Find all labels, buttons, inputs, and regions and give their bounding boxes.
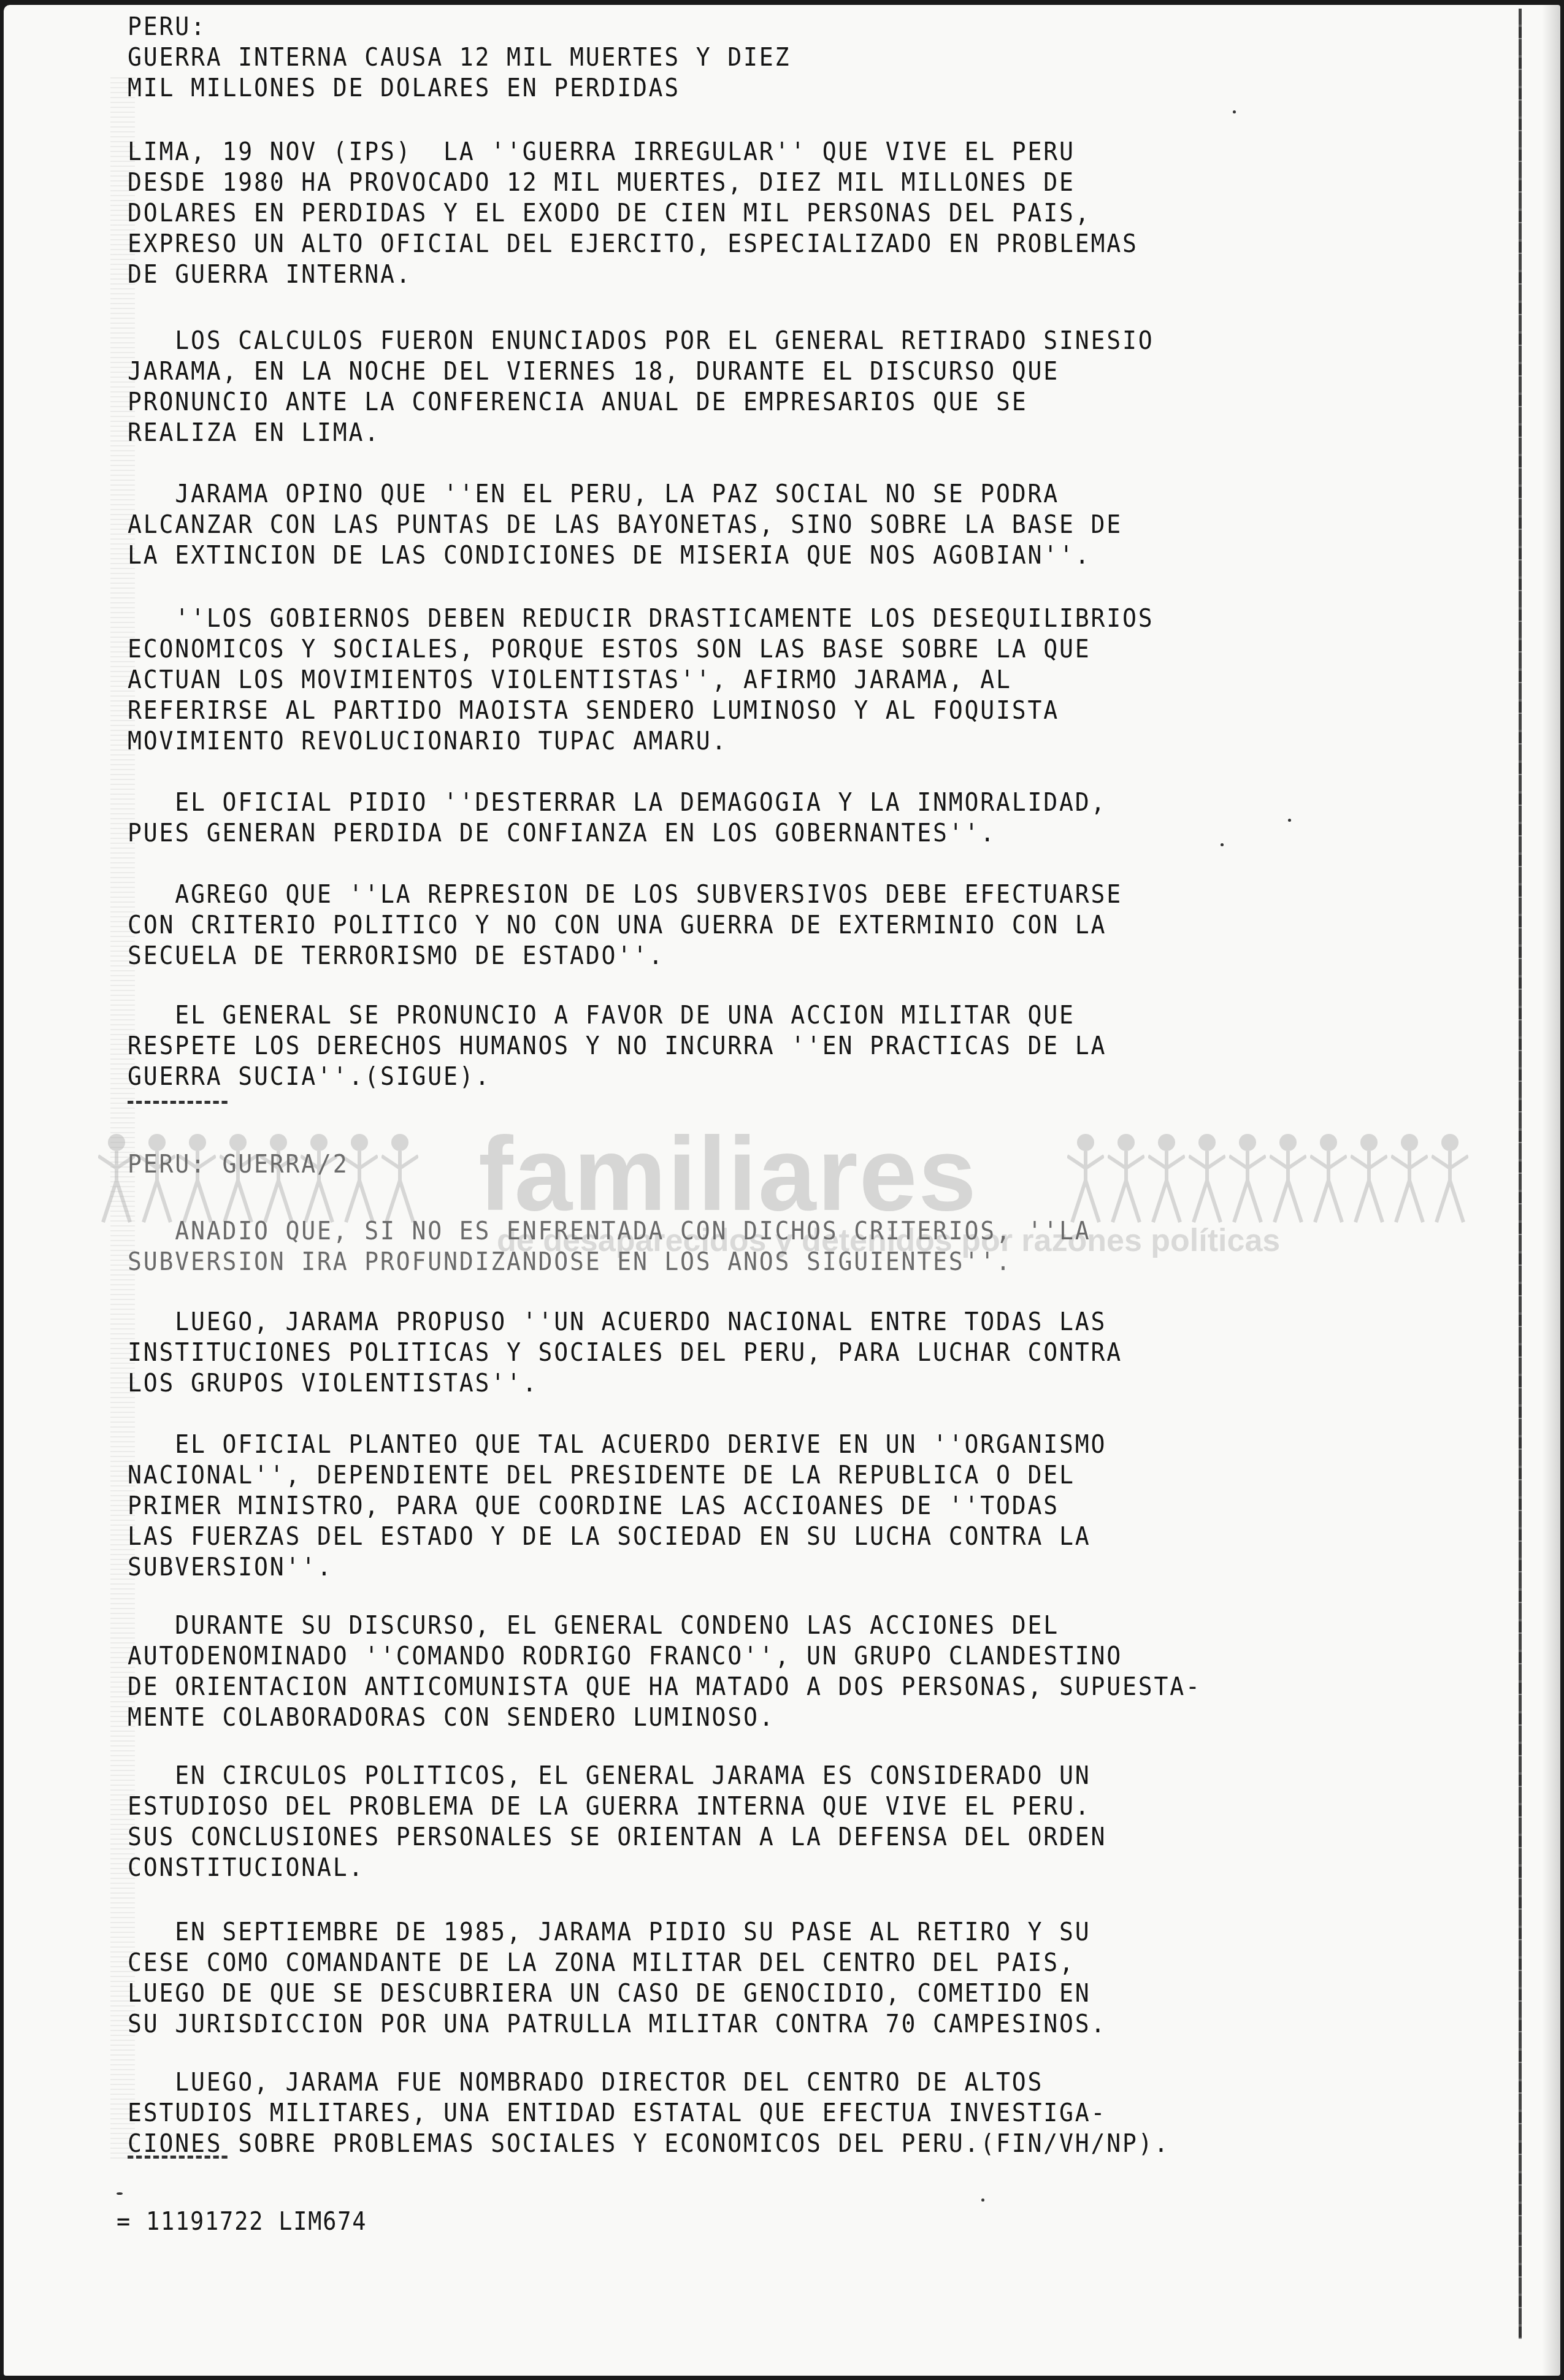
text-line: DOLARES EN PERDIDAS Y EL EXODO DE CIEN M… [128,197,1138,228]
ink-speck [1233,110,1236,113]
text-line: LAS FUERZAS DEL ESTADO Y DE LA SOCIEDAD … [128,1521,1106,1552]
text-line: CIONES SOBRE PROBLEMAS SOCIALES Y ECONOM… [128,2128,1170,2159]
ink-speck [981,2198,984,2202]
paragraph: EN CIRCULOS POLITICOS, EL GENERAL JARAMA… [128,1760,1106,1883]
text-line: PRONUNCIO ANTE LA CONFERENCIA ANUAL DE E… [128,386,1154,417]
headline: GUERRA INTERNA CAUSA 12 MIL MUERTES Y DI… [128,42,791,103]
text-line: LUEGO DE QUE SE DESCUBRIERA UN CASO DE G… [128,1978,1106,2008]
end-dashes [128,2156,228,2159]
text-line: EXPRESO UN ALTO OFICIAL DEL EJERCITO, ES… [128,228,1138,259]
text-line: GUERRA INTERNA CAUSA 12 MIL MUERTES Y DI… [128,42,791,72]
text-line: AGREGO QUE ''LA REPRESION DE LOS SUBVERS… [128,879,1122,909]
text-line: SU JURISDICCION POR UNA PATRULLA MILITAR… [128,2008,1106,2039]
text-line: EN CIRCULOS POLITICOS, EL GENERAL JARAMA… [128,1760,1106,1791]
text-line: LA EXTINCION DE LAS CONDICIONES DE MISER… [128,540,1122,570]
text-line: CESE COMO COMANDANTE DE LA ZONA MILITAR … [128,1947,1106,1978]
text-line: ESTUDIOSO DEL PROBLEMA DE LA GUERRA INTE… [128,1791,1106,1821]
text-line: SUS CONCLUSIONES PERSONALES SE ORIENTAN … [128,1821,1106,1852]
text-line: DE ORIENTACION ANTICOMUNISTA QUE HA MATA… [128,1671,1202,1702]
text-line: EL GENERAL SE PRONUNCIO A FAVOR DE UNA A… [128,1000,1106,1030]
text-line: ALCANZAR CON LAS PUNTAS DE LAS BAYONETAS… [128,509,1122,540]
text-line: PUES GENERAN PERDIDA DE CONFIANZA EN LOS… [128,817,1106,848]
paragraph: EL OFICIAL PLANTEO QUE TAL ACUERDO DERIV… [128,1429,1106,1582]
text-line: ECONOMICOS Y SOCIALES, PORQUE ESTOS SON … [128,633,1154,664]
text-line: ''LOS GOBIERNOS DEBEN REDUCIR DRASTICAME… [128,603,1154,633]
text-line: ACTUAN LOS MOVIMIENTOS VIOLENTISTAS'', A… [128,664,1154,695]
text-line: EN SEPTIEMBRE DE 1985, JARAMA PIDIO SU P… [128,1916,1106,1947]
story-slug-continued: PERU: GUERRA/2 [128,1149,348,1179]
text-line: DURANTE SU DISCURSO, EL GENERAL CONDENO … [128,1610,1202,1640]
slug-text: PERU: GUERRA/2 [128,1149,348,1179]
text-line: NACIONAL'', DEPENDIENTE DEL PRESIDENTE D… [128,1460,1106,1490]
ink-speck [1221,843,1224,846]
text-line: EL OFICIAL PLANTEO QUE TAL ACUERDO DERIV… [128,1429,1106,1460]
text-line: SECUELA DE TERRORISMO DE ESTADO''. [128,940,1122,971]
paragraph: ''LOS GOBIERNOS DEBEN REDUCIR DRASTICAME… [128,603,1154,756]
text-line: ESTUDIOS MILITARES, UNA ENTIDAD ESTATAL … [128,2097,1170,2128]
text-line: GUERRA SUCIA''.(SIGUE). [128,1061,1106,1092]
ink-speck [1288,819,1291,822]
text-line: DESDE 1980 HA PROVOCADO 12 MIL MUERTES, … [128,167,1138,197]
slug-text: PERU: [128,11,207,42]
text-line: EL OFICIAL PIDIO ''DESTERRAR LA DEMAGOGI… [128,787,1106,817]
ink-speck [117,2192,123,2195]
text-line: JARAMA OPINO QUE ''EN EL PERU, LA PAZ SO… [128,478,1122,509]
paper-edge-shadow [1542,5,1560,2376]
paragraph: EL GENERAL SE PRONUNCIO A FAVOR DE UNA A… [128,1000,1106,1092]
paragraph: DURANTE SU DISCURSO, EL GENERAL CONDENO … [128,1610,1202,1732]
text-line: SUBVERSION''. [128,1552,1106,1582]
end-dashes [128,1101,228,1104]
paragraph: JARAMA OPINO QUE ''EN EL PERU, LA PAZ SO… [128,478,1122,570]
text-line: JARAMA, EN LA NOCHE DEL VIERNES 18, DURA… [128,356,1154,386]
text-line: CON CRITERIO POLITICO Y NO CON UNA GUERR… [128,909,1122,940]
paragraph: EL OFICIAL PIDIO ''DESTERRAR LA DEMAGOGI… [128,787,1106,848]
text-line: CONSTITUCIONAL. [128,1852,1106,1883]
text-line: DE GUERRA INTERNA. [128,259,1138,289]
paragraph: LUEGO, JARAMA PROPUSO ''UN ACUERDO NACIO… [128,1306,1122,1398]
paragraph: EN SEPTIEMBRE DE 1985, JARAMA PIDIO SU P… [128,1916,1106,2039]
text-line: ANADIO QUE, SI NO ES ENFRENTADA CON DICH… [128,1215,1091,1246]
paragraph: ANADIO QUE, SI NO ES ENFRENTADA CON DICH… [128,1215,1091,1277]
text-line: AUTODENOMINADO ''COMANDO RODRIGO FRANCO'… [128,1640,1202,1671]
paragraph: LIMA, 19 NOV (IPS) LA ''GUERRA IRREGULAR… [128,136,1138,289]
text-line: INSTITUCIONES POLITICAS Y SOCIALES DEL P… [128,1337,1122,1368]
text-line: MOVIMIENTO REVOLUCIONARIO TUPAC AMARU. [128,725,1154,756]
paragraph: LUEGO, JARAMA FUE NOMBRADO DIRECTOR DEL … [128,2067,1170,2159]
text-line: RESPETE LOS DERECHOS HUMANOS Y NO INCURR… [128,1030,1106,1061]
paragraph: LOS CALCULOS FUERON ENUNCIADOS POR EL GE… [128,325,1154,448]
story-slug: PERU: [128,11,207,42]
text-line: LOS CALCULOS FUERON ENUNCIADOS POR EL GE… [128,325,1154,356]
transmission-code: = 11191722 LIM674 [117,2206,367,2236]
text-line: MENTE COLABORADORAS CON SENDERO LUMINOSO… [128,1702,1202,1732]
text-line: REALIZA EN LIMA. [128,417,1154,448]
text-line: REFERIRSE AL PARTIDO MAOISTA SENDERO LUM… [128,695,1154,725]
perforation-margin-line [1519,9,1522,2339]
text-line: LUEGO, JARAMA PROPUSO ''UN ACUERDO NACIO… [128,1306,1122,1337]
paragraph: AGREGO QUE ''LA REPRESION DE LOS SUBVERS… [128,879,1122,971]
text-line: LOS GRUPOS VIOLENTISTAS''. [128,1368,1122,1398]
text-line: PRIMER MINISTRO, PARA QUE COORDINE LAS A… [128,1490,1106,1521]
text-line: LUEGO, JARAMA FUE NOMBRADO DIRECTOR DEL … [128,2067,1170,2097]
text-line: SUBVERSION IRA PROFUNDIZANDOSE EN LOS AN… [128,1246,1091,1277]
text-line: MIL MILLONES DE DOLARES EN PERDIDAS [128,72,791,103]
text-line: LIMA, 19 NOV (IPS) LA ''GUERRA IRREGULAR… [128,136,1138,167]
